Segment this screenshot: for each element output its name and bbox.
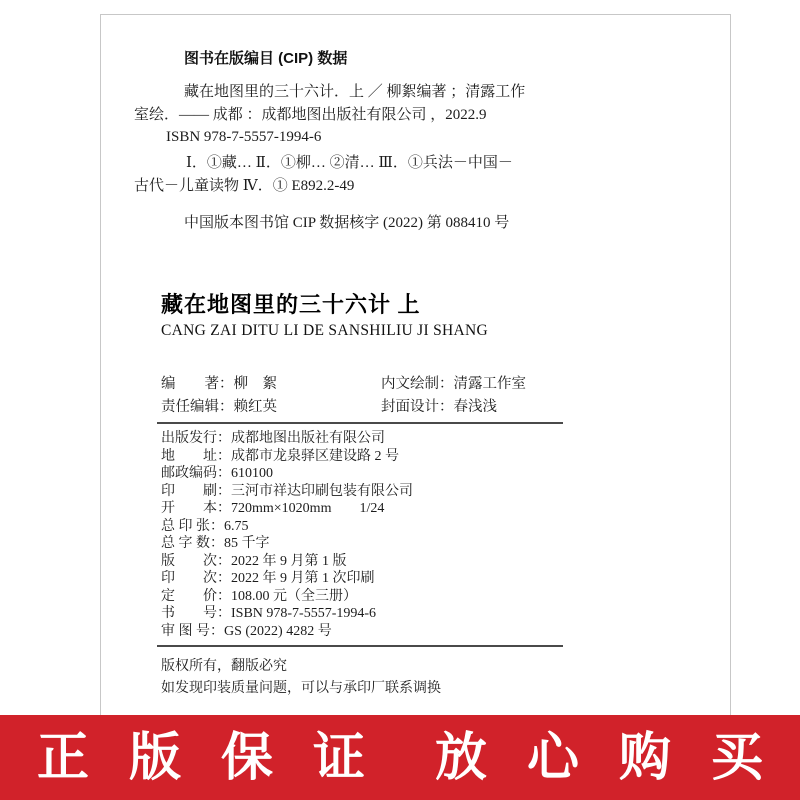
publication-row-price: 定 价：108.00 元（全三册） <box>161 588 621 606</box>
credit-label: 封面设计： <box>381 399 454 415</box>
publication-row-publisher: 出版发行：成都地图出版社有限公司 <box>161 430 621 448</box>
credit-label: 编 著： <box>161 376 234 392</box>
publication-label: 版 次： <box>161 554 231 569</box>
copyright-line2: 如发现印装质量问题，可以与承印厂联系调换 <box>161 678 621 700</box>
publication-value: 2022 年 9 月第 1 次印刷 <box>231 571 375 586</box>
credit-author: 编 著：柳 絮 <box>161 373 381 396</box>
credit-value: 春浅浅 <box>454 399 498 415</box>
cip-classification-line1: Ⅰ．①藏… Ⅱ．①柳… ②清… Ⅲ．①兵法－中国－ <box>134 152 574 175</box>
cip-classification: Ⅰ．①藏… Ⅱ．①柳… ②清… Ⅲ．①兵法－中国－ 古代－儿童读物 Ⅳ．① E8… <box>134 152 574 197</box>
credits-row: 责任编辑：赖红英 封面设计：春浅浅 <box>161 396 641 419</box>
cip-description: 藏在地图里的三十六计．上 ／ 柳絮编著 ；清露工作 室绘．—— 成都 ：成都地图… <box>134 81 574 149</box>
credit-value: 赖红英 <box>234 399 278 415</box>
publication-value: GS (2022) 4282 号 <box>224 624 332 639</box>
publication-value: 成都地图出版社有限公司 <box>231 431 385 446</box>
publication-value: 三河市祥达印刷包装有限公司 <box>231 484 413 499</box>
credits-row: 编 著：柳 絮 内文绘制：清露工作室 <box>161 373 641 396</box>
credits-block: 编 著：柳 絮 内文绘制：清露工作室 责任编辑：赖红英 封面设计：春浅浅 <box>161 373 641 419</box>
publication-row-address: 地 址：成都市龙泉驿区建设路 2 号 <box>161 448 621 466</box>
publication-row-printer: 印 刷：三河市祥达印刷包装有限公司 <box>161 483 621 501</box>
publication-row-isbn: 书 号：ISBN 978-7-5557-1994-6 <box>161 605 621 623</box>
book-title-pinyin: CANG ZAI DITU LI DE SANSHILIU JI SHANG <box>161 321 488 341</box>
cip-record-number: 中国版本图书馆 CIP 数据核字 (2022) 第 088410 号 <box>184 213 509 233</box>
publication-label: 印 刷： <box>161 484 231 499</box>
publication-label: 审 图 号： <box>161 624 224 639</box>
publication-label: 地 址： <box>161 449 231 464</box>
credit-value: 柳 絮 <box>234 376 278 392</box>
credit-label: 责任编辑： <box>161 399 234 415</box>
credit-editor: 责任编辑：赖红英 <box>161 396 381 419</box>
publication-value: 610100 <box>231 466 273 481</box>
book-title: 藏在地图里的三十六计 上 <box>161 291 421 319</box>
copyright-notice: 版权所有，翻版必究 如发现印装质量问题，可以与承印厂联系调换 <box>161 656 621 699</box>
publication-row-printing: 印 次：2022 年 9 月第 1 次印刷 <box>161 570 621 588</box>
credit-label: 内文绘制： <box>381 376 454 392</box>
publication-label: 出版发行： <box>161 431 231 446</box>
publication-value: ISBN 978-7-5557-1994-6 <box>231 606 376 621</box>
publication-row-format: 开 本：720mm×1020mm 1/24 <box>161 500 621 518</box>
copyright-line1: 版权所有，翻版必究 <box>161 656 621 678</box>
publication-label: 印 次： <box>161 571 231 586</box>
credit-cover-design: 封面设计：春浅浅 <box>381 396 641 419</box>
credit-value: 清露工作室 <box>454 376 527 392</box>
publication-info-block: 出版发行：成都地图出版社有限公司 地 址：成都市龙泉驿区建设路 2 号 邮政编码… <box>161 430 621 640</box>
cip-isbn: ISBN 978-7-5557-1994-6 <box>134 126 574 149</box>
credit-illustrator: 内文绘制：清露工作室 <box>381 373 641 396</box>
divider-rule-bottom <box>157 645 563 647</box>
publication-row-sheets: 总 印 张：6.75 <box>161 518 621 536</box>
publication-value: 成都市龙泉驿区建设路 2 号 <box>231 449 399 464</box>
cip-classification-line2: 古代－儿童读物 Ⅳ．① E892.2-49 <box>134 175 574 198</box>
cip-header: 图书在版编目 (CIP) 数据 <box>184 49 347 69</box>
banner-text-buy: 放心购买 <box>435 732 800 784</box>
publication-label: 总 字 数： <box>161 536 224 551</box>
publication-row-wordcount: 总 字 数：85 千字 <box>161 535 621 553</box>
publication-value: 720mm×1020mm 1/24 <box>231 501 384 516</box>
publication-row-map-approval: 审 图 号：GS (2022) 4282 号 <box>161 623 621 641</box>
publication-value: 85 千字 <box>224 536 270 551</box>
publication-label: 开 本： <box>161 501 231 516</box>
publication-label: 书 号： <box>161 606 231 621</box>
publication-row-postcode: 邮政编码：610100 <box>161 465 621 483</box>
divider-rule-top <box>157 422 563 424</box>
product-image: 图书在版编目 (CIP) 数据 藏在地图里的三十六计．上 ／ 柳絮编著 ；清露工… <box>0 0 800 800</box>
publication-row-edition: 版 次：2022 年 9 月第 1 版 <box>161 553 621 571</box>
publication-label: 总 印 张： <box>161 519 224 534</box>
publication-value: 108.00 元（全三册） <box>231 589 357 604</box>
cip-description-line2: 室绘．—— 成都 ：成都地图出版社有限公司 ，2022.9 <box>134 104 574 127</box>
book-copyright-page: 图书在版编目 (CIP) 数据 藏在地图里的三十六计．上 ／ 柳絮编著 ；清露工… <box>100 14 731 715</box>
banner-text-genuine: 正版保证 <box>37 732 405 784</box>
publication-value: 2022 年 9 月第 1 版 <box>231 554 347 569</box>
publication-value: 6.75 <box>224 519 249 534</box>
genuine-guarantee-banner: 正版保证 放心购买 <box>0 715 800 800</box>
publication-label: 定 价： <box>161 589 231 604</box>
cip-description-line1: 藏在地图里的三十六计．上 ／ 柳絮编著 ；清露工作 <box>134 81 574 104</box>
publication-label: 邮政编码： <box>161 466 231 481</box>
